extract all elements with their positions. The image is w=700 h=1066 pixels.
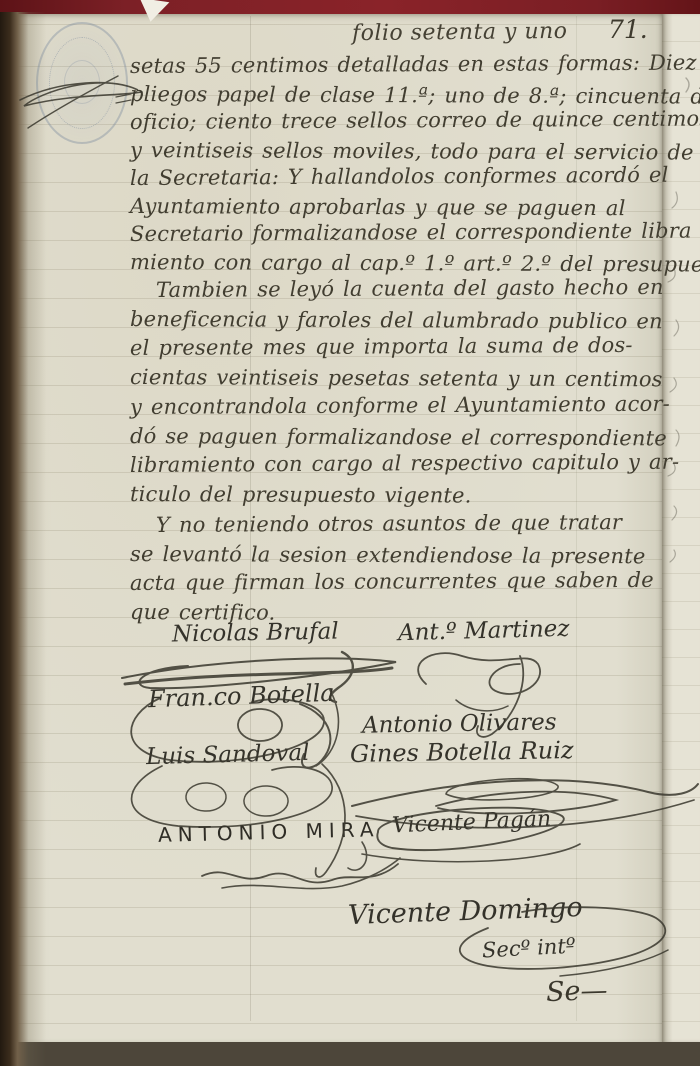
signature-luis-sandoval: Luis Sandoval bbox=[146, 740, 310, 770]
manuscript-page-scan: folio setenta y uno 71. setas 55 centimo… bbox=[0, 0, 700, 1066]
binding-gutter bbox=[0, 12, 46, 1066]
manuscript-line: beneficencia y faroles del alumbrado pub… bbox=[130, 307, 663, 333]
manuscript-line: ticulo del presupuesto vigente. bbox=[130, 482, 472, 507]
manuscript-line: la Secretaria: Y hallandolos conformes a… bbox=[130, 163, 669, 190]
secretary-title: Secº intº bbox=[481, 934, 576, 963]
folio-header: folio setenta y uno bbox=[352, 19, 568, 46]
signature-nicolas-brufal: Nicolas Brufal bbox=[172, 619, 339, 648]
manuscript-line: Tambien se leyó la cuenta del gasto hech… bbox=[156, 275, 664, 302]
manuscript-line: se levantó la sesion extendiendose la pr… bbox=[130, 542, 646, 568]
manuscript-line: Y no teniendo otros asuntos de que trata… bbox=[156, 510, 622, 537]
paper-sliver bbox=[137, 0, 170, 24]
manuscript-line: oficio; ciento trece sellos correo de qu… bbox=[130, 106, 700, 134]
signature-antonio-martinez: Ant.º Martinez bbox=[398, 616, 570, 646]
catchword: Se— bbox=[545, 975, 608, 1008]
signature-antonio-olivares: Antonio Olivares bbox=[362, 709, 557, 738]
manuscript-line: cientas veintiseis pesetas setenta y un … bbox=[130, 365, 663, 391]
manuscript-line: miento con cargo al cap.º 1.º art.º 2.º … bbox=[130, 250, 700, 277]
manuscript-line: y veintiseis sellos moviles, todo para e… bbox=[130, 138, 694, 164]
manuscript-line: Ayuntamiento aprobarlas y que se paguen … bbox=[130, 194, 626, 220]
manuscript-line: libramiento con cargo al respectivo capi… bbox=[130, 450, 679, 477]
manuscript-line: acta que firman los concurrentes que sab… bbox=[130, 568, 654, 595]
manuscript-line: dó se paguen formalizandose el correspon… bbox=[130, 424, 667, 450]
manuscript-line: Secretario formalizandose el correspondi… bbox=[130, 219, 692, 246]
signature-gines-botella-ruiz: Gines Botella Ruiz bbox=[350, 736, 574, 768]
oval-ink-seal-stamp bbox=[36, 22, 128, 144]
folio-number: 71. bbox=[608, 15, 648, 44]
manuscript-line: setas 55 centimos detalladas en estas fo… bbox=[130, 51, 697, 78]
manuscript-line: el presente mes que importa la suma de d… bbox=[130, 333, 633, 360]
manuscript-line: y encontrandola conforme el Ayuntamiento… bbox=[130, 392, 670, 419]
manuscript-line: pliegos papel de clase 11.ª; uno de 8.ª;… bbox=[130, 82, 700, 109]
